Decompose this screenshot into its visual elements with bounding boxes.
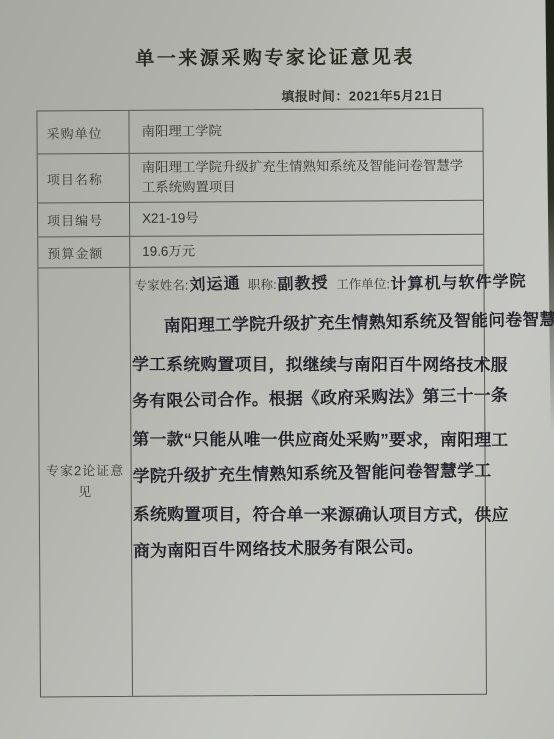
row-label-budget-amount: 预算金额 — [38, 236, 130, 268]
row-value-expert2-opinion: 专家姓名:刘运通 职称:副教授 工作单位:计算机与软件学院 南阳理工学院升级扩充… — [130, 265, 486, 696]
fill-time-line: 填报时间：2021年5月21日 — [281, 85, 443, 105]
row-label-purchasing-unit: 采购单位 — [37, 111, 129, 154]
paper-sheet: 单一来源采购专家论证意见表 填报时间：2021年5月21日 采购单位 南阳理工学… — [0, 0, 554, 739]
opinion-line: 学院升级扩充生情熟知系统及智能问卷智慧学工 — [132, 451, 535, 495]
expert-name-label: 专家姓名: — [134, 279, 188, 293]
row-value-project-number: X21-19号 — [130, 200, 483, 236]
fill-time-label: 填报时间： — [281, 89, 349, 104]
expert-info-line: 专家姓名:刘运通 职称:副教授 工作单位:计算机与软件学院 — [134, 269, 531, 294]
row-label-project-name: 项目名称 — [38, 153, 130, 203]
expert-title-label: 职称: — [248, 278, 277, 292]
row-label-project-number: 项目编号 — [38, 202, 130, 237]
row-value-budget-amount: 19.6万元 — [130, 234, 483, 267]
opinion-line: 商为南阳百牛网络技术服务有限公司。 — [133, 526, 536, 570]
row-value-purchasing-unit: 南阳理工学院 — [129, 109, 482, 153]
expert-title-handwritten: 副教授 — [277, 270, 329, 295]
expert-unit-label: 工作单位: — [336, 277, 390, 291]
opinion-form-table: 采购单位 南阳理工学院 项目名称 南阳理工学院升级扩充生情熟知系统及智能问卷智慧… — [36, 108, 487, 698]
opinion-line: 务有限公司合作。根据《政府采购法》第三十一条 — [132, 376, 535, 420]
row-label-expert2-opinion: 专家2论证意见 — [38, 267, 133, 697]
opinion-line: 南阳理工学院升级扩充生情熟知系统及智能问卷智慧、 — [131, 301, 534, 345]
page-title: 单一来源采购专家论证意见表 — [0, 41, 552, 71]
expert-name-handwritten: 刘运通 — [189, 270, 241, 295]
row-value-project-name: 南阳理工学院升级扩充生情熟知系统及智能问卷智慧学工系统购置项目 — [130, 151, 483, 202]
scanned-document-photo: 单一来源采购专家论证意见表 填报时间：2021年5月21日 采购单位 南阳理工学… — [0, 0, 554, 739]
expert-unit-handwritten: 计算机与软件学院 — [391, 268, 528, 294]
fill-time-value: 2021年5月21日 — [349, 88, 444, 104]
handwritten-opinion: 南阳理工学院升级扩充生情熟知系统及智能问卷智慧、 学工系统购置项目，拟继续与南阳… — [132, 305, 536, 570]
